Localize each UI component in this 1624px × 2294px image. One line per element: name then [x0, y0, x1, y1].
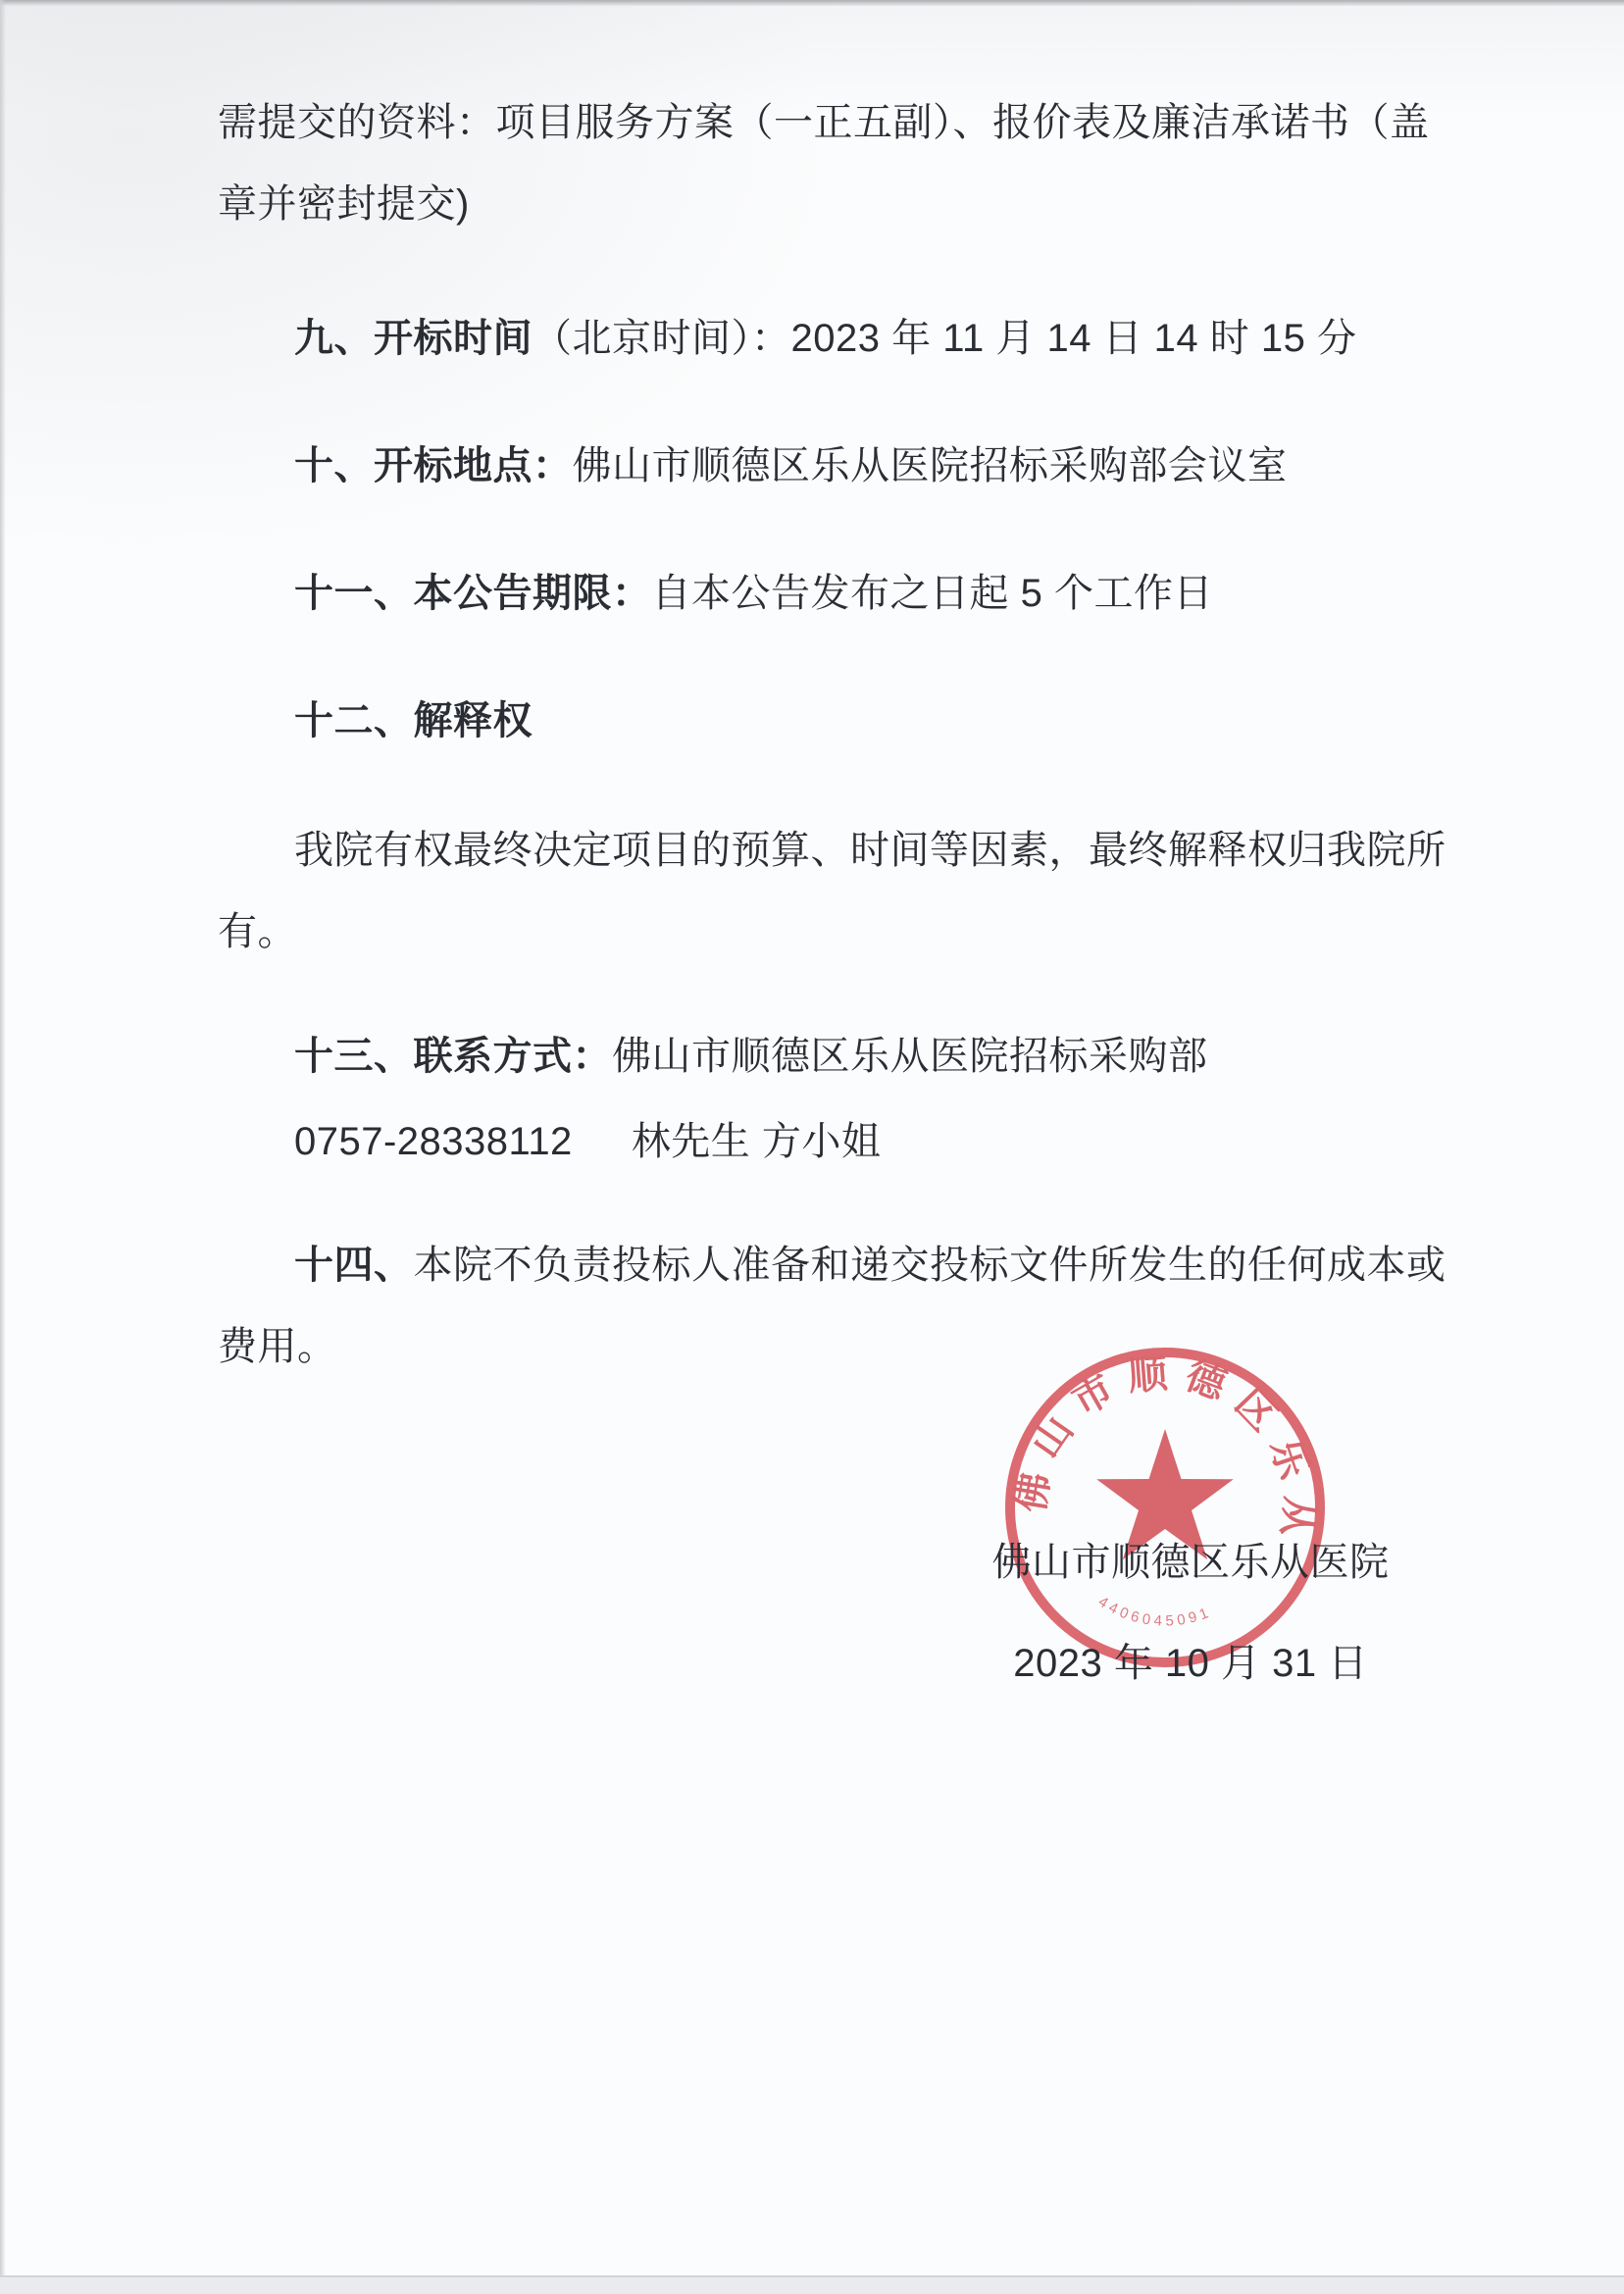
section-9-heading: 九、开标时间: [294, 317, 533, 360]
scan-edge-bottom: [0, 2275, 1624, 2294]
scan-edge-top: [0, 0, 1624, 6]
section-14-line-2: 费用。: [218, 1325, 337, 1368]
contact-names: 林先生 方小姐: [632, 1120, 882, 1163]
signature-date-text: 2023 年 10 月 31 日: [1013, 1642, 1368, 1685]
contact-phone: 0757-28338112: [294, 1120, 573, 1163]
signature-org-text: 佛山市顺德区乐从医院: [992, 1541, 1390, 1584]
interpretation-line-1: 我院有权最终决定项目的预算、时间等因素，最终解释权归我院所: [294, 829, 1446, 872]
intro-line-2-text: 章并密封提交): [218, 182, 470, 226]
signature-org: 佛山市顺德区乐从医院: [992, 1541, 1390, 1584]
intro-line-1: 需提交的资料：项目服务方案（一正五副）、报价表及廉洁承诺书（盖: [218, 101, 1430, 144]
section-14-heading: 十四、: [294, 1244, 414, 1287]
section-10-body: 佛山市顺德区乐从医院招标采购部会议室: [573, 444, 1288, 487]
section-11-heading: 十一、本公告期限：: [294, 572, 652, 615]
scan-edge-left: [0, 0, 6, 2294]
section-13-body: 佛山市顺德区乐从医院招标采购部: [612, 1035, 1208, 1078]
document-page: 需提交的资料：项目服务方案（一正五副）、报价表及廉洁承诺书（盖 章并密封提交) …: [0, 0, 1624, 2294]
intro-line-1-text: 需提交的资料：项目服务方案（一正五副）、报价表及廉洁承诺书（盖: [218, 101, 1430, 144]
section-13-line: 十三、联系方式：佛山市顺德区乐从医院招标采购部: [294, 1035, 1208, 1078]
interpretation-line-1-text: 我院有权最终决定项目的预算、时间等因素，最终解释权归我院所: [294, 829, 1446, 872]
section-13-heading: 十三、联系方式：: [294, 1035, 612, 1078]
section-14-body: 本院不负责投标人准备和递交投标文件所发生的任何成本或: [414, 1244, 1446, 1287]
seal-serial-number: 4406045091: [1095, 1594, 1214, 1630]
section-12-line: 十二、解释权: [294, 699, 533, 742]
contact-line: 0757-28338112林先生 方小姐: [294, 1120, 881, 1163]
section-14-line: 十四、本院不负责投标人准备和递交投标文件所发生的任何成本或: [294, 1244, 1446, 1287]
section-14-line-2-text: 费用。: [218, 1325, 337, 1368]
section-11-line: 十一、本公告期限：自本公告发布之日起 5 个工作日: [294, 572, 1213, 615]
section-9-body: （北京时间）：2023 年 11 月 14 日 14 时 15 分: [533, 317, 1357, 360]
interpretation-line-2: 有。: [218, 910, 297, 953]
section-10-heading: 十、开标地点：: [294, 444, 573, 487]
intro-line-2: 章并密封提交): [218, 182, 470, 226]
signature-date: 2023 年 10 月 31 日: [1013, 1642, 1368, 1685]
section-12-heading: 十二、解释权: [294, 699, 533, 742]
section-11-body: 自本公告发布之日起 5 个工作日: [652, 572, 1213, 615]
section-9-line: 九、开标时间（北京时间）：2023 年 11 月 14 日 14 时 15 分: [294, 317, 1357, 360]
section-10-line: 十、开标地点：佛山市顺德区乐从医院招标采购部会议室: [294, 444, 1288, 487]
interpretation-line-2-text: 有。: [218, 910, 297, 953]
